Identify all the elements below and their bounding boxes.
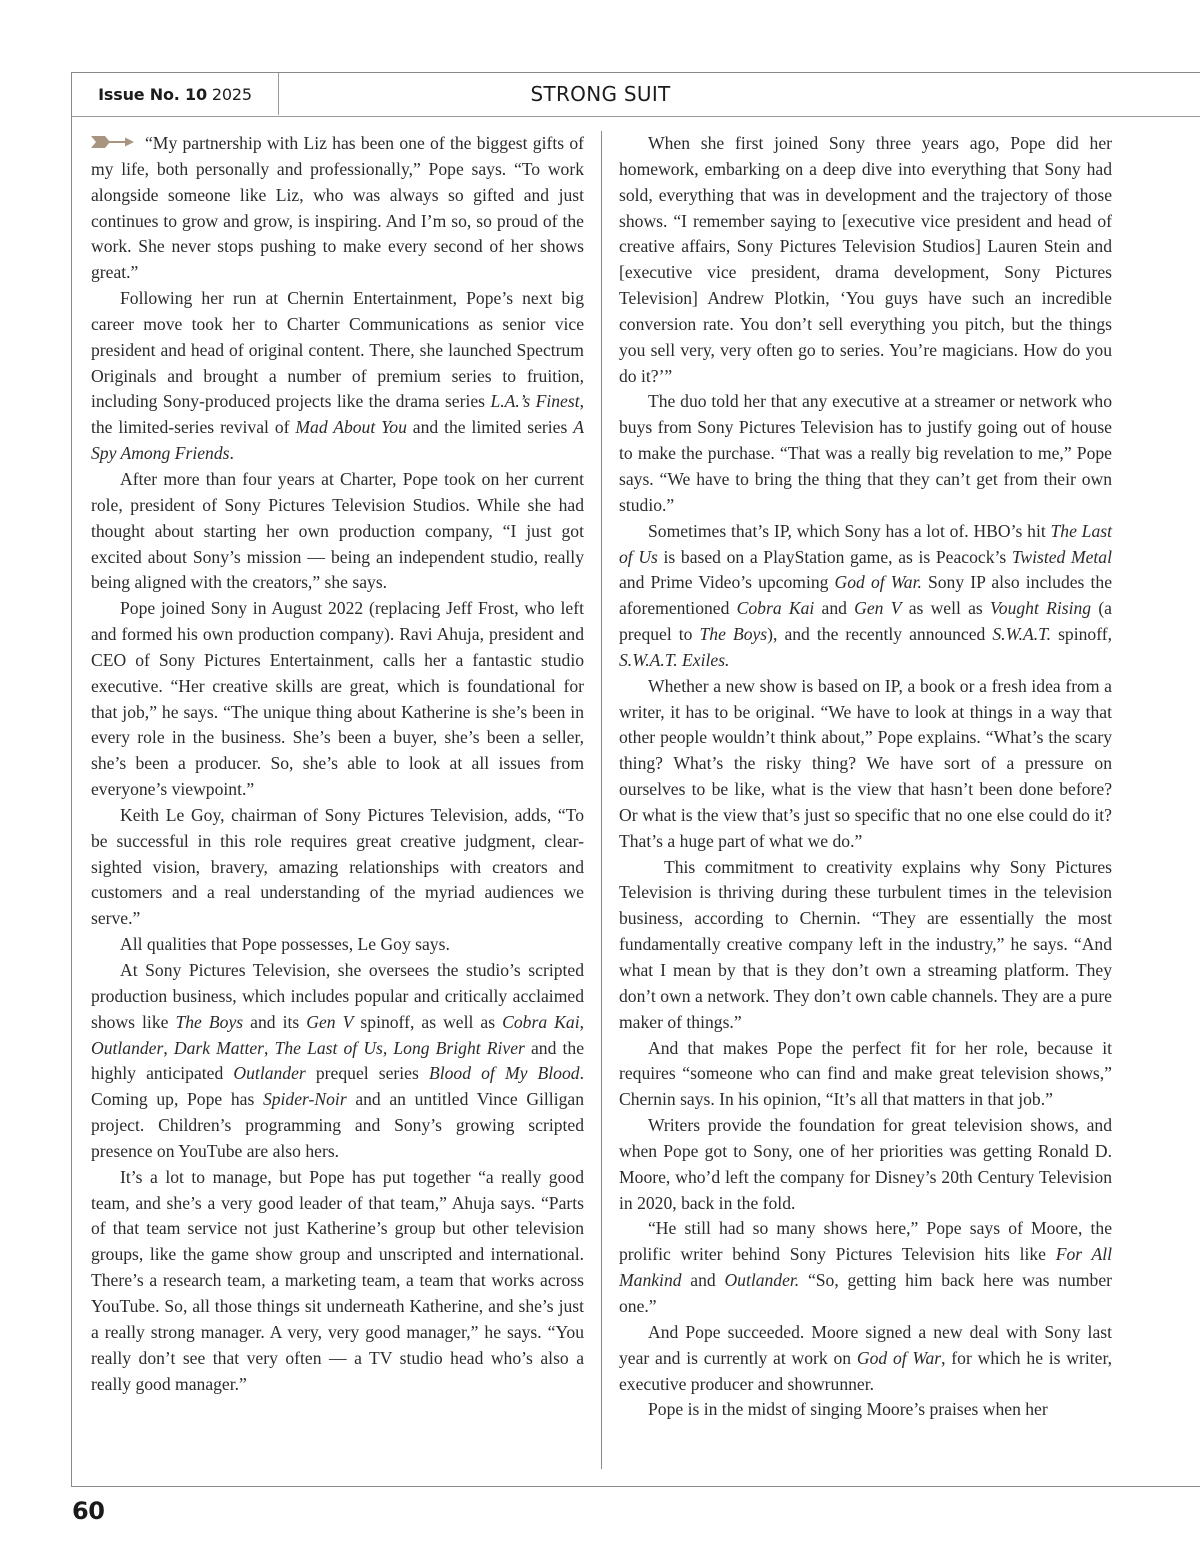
paragraph: At Sony Pictures Television, she oversee… (91, 958, 584, 1165)
show-title: Spider-Noir (263, 1089, 347, 1109)
show-title: Outlander (233, 1063, 305, 1083)
show-title: God of War. (835, 572, 922, 592)
paragraph: “My partnership with Liz has been one of… (91, 131, 584, 286)
paragraph: Writers provide the foundation for great… (619, 1113, 1112, 1216)
show-title: Cobra Kai (737, 598, 815, 618)
show-title: Dark Matter (174, 1038, 264, 1058)
right-column: When she first joined Sony three years a… (619, 131, 1112, 1423)
show-title: Vought Rising (990, 598, 1091, 618)
show-title: Gen V (854, 598, 901, 618)
column-divider (601, 131, 602, 1469)
continued-arrow-icon (91, 135, 135, 149)
paragraph: This commitment to creativity explains w… (619, 855, 1112, 1036)
paragraph: Pope is in the midst of singing Moore’s … (619, 1397, 1112, 1423)
paragraph: The duo told her that any executive at a… (619, 389, 1112, 518)
paragraph: All qualities that Pope possesses, Le Go… (91, 932, 584, 958)
paragraph: Following her run at Chernin Entertainme… (91, 286, 584, 467)
show-title: Twisted Metal (1012, 547, 1112, 567)
show-title: God of War (857, 1348, 941, 1368)
page-number: 60 (72, 1497, 104, 1525)
show-title: Cobra Kai (502, 1012, 579, 1032)
paragraph: Whether a new show is based on IP, a boo… (619, 674, 1112, 855)
show-title: The Boys (175, 1012, 243, 1032)
section-title: STRONG SUIT (279, 73, 922, 115)
paragraph: Sometimes that’s IP, which Sony has a lo… (619, 519, 1112, 674)
show-title: Mad About You (295, 417, 407, 437)
paragraph: After more than four years at Charter, P… (91, 467, 584, 596)
paragraph: Pope joined Sony in August 2022 (replaci… (91, 596, 584, 803)
show-title: Blood of My Blood (429, 1063, 580, 1083)
show-title: The Last of Us, Long Bright River (275, 1038, 525, 1058)
show-title: The Boys (700, 624, 768, 644)
running-header: Issue No. 10 2025 STRONG SUIT (72, 73, 1200, 117)
page-frame: Issue No. 10 2025 STRONG SUIT “My partne… (71, 72, 1200, 1487)
paragraph: And Pope succeeded. Moore signed a new d… (619, 1320, 1112, 1398)
show-title: Outlander. (724, 1270, 799, 1290)
paragraph: And that makes Pope the perfect fit for … (619, 1036, 1112, 1114)
show-title: S.W.A.T. Exiles. (619, 650, 729, 670)
paragraph: It’s a lot to manage, but Pope has put t… (91, 1165, 584, 1398)
left-column: “My partnership with Liz has been one of… (91, 131, 584, 1397)
paragraph: When she first joined Sony three years a… (619, 131, 1112, 389)
show-title: L.A.’s Finest (490, 391, 579, 411)
show-title: S.W.A.T. (992, 624, 1051, 644)
show-title: Outlander (91, 1038, 163, 1058)
paragraph: “He still had so many shows here,” Pope … (619, 1216, 1112, 1319)
paragraph: Keith Le Goy, chairman of Sony Pictures … (91, 803, 584, 932)
issue-label: Issue No. 10 2025 (72, 73, 279, 115)
issue-number: Issue No. 10 (98, 85, 207, 104)
issue-year: 2025 (212, 85, 252, 104)
show-title: Gen V (306, 1012, 353, 1032)
